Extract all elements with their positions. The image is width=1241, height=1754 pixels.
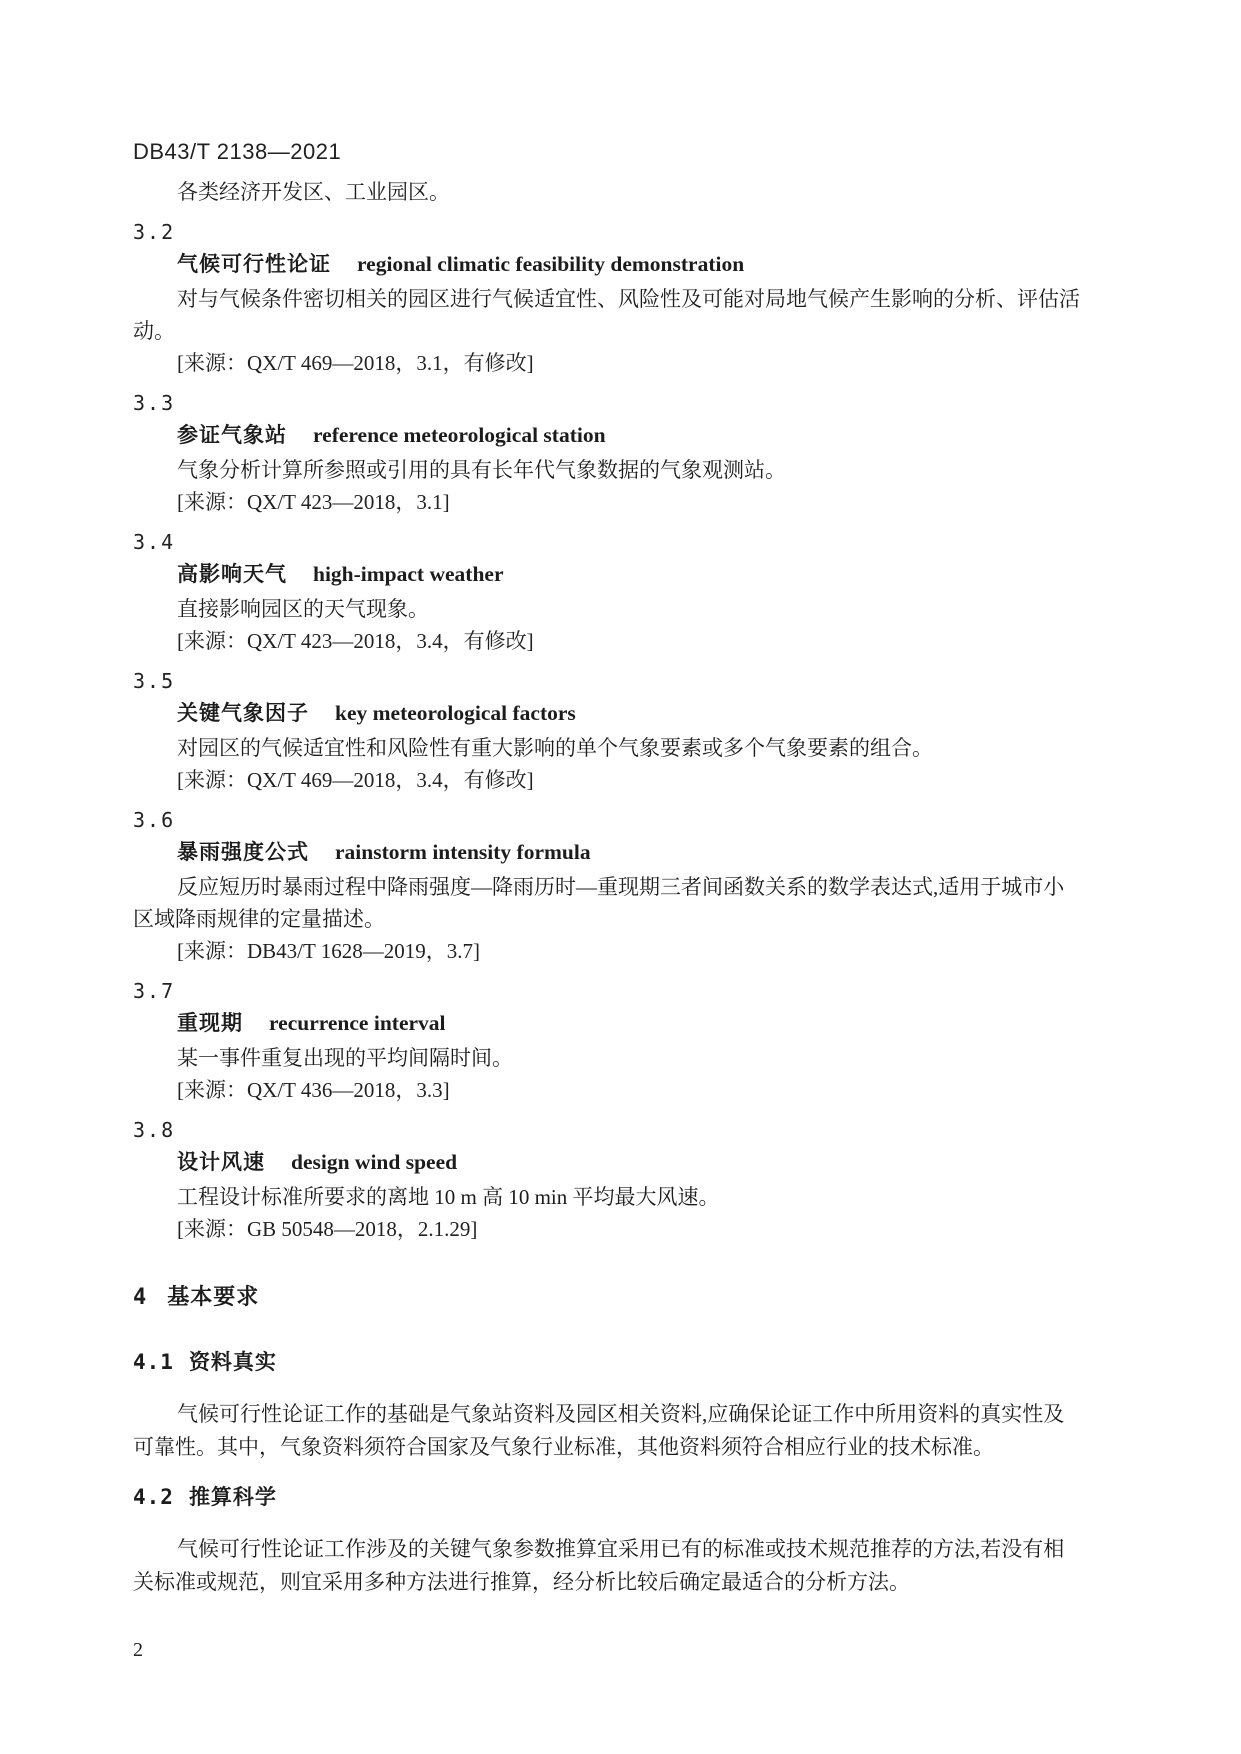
section-number: 3.8 xyxy=(133,1114,1123,1146)
term-chinese: 设计风速 xyxy=(177,1151,265,1174)
chapter-subsection: 4.2推算科学气候可行性论证工作涉及的关键气象参数推算宜采用已有的标准或技术规范… xyxy=(133,1481,1123,1599)
subsection-heading: 4.2推算科学 xyxy=(133,1481,1123,1514)
source-reference: [来源：DB43/T 1628—2019，3.7] xyxy=(133,935,1123,967)
term-line: 重现期recurrence interval xyxy=(133,1007,1123,1042)
term-chinese: 关键气象因子 xyxy=(177,702,309,725)
subsection-number: 4.1 xyxy=(133,1350,174,1374)
source-reference: [来源：QX/T 469—2018，3.1，有修改] xyxy=(133,347,1123,379)
term-line: 暴雨强度公式rainstorm intensity formula xyxy=(133,836,1123,871)
section-number: 3.3 xyxy=(133,387,1123,419)
term-line: 参证气象站reference meteorological station xyxy=(133,419,1123,454)
term-section: 3.5关键气象因子key meteorological factors对园区的气… xyxy=(133,665,1123,796)
term-section: 3.6暴雨强度公式rainstorm intensity formula反应短历… xyxy=(133,804,1123,967)
term-chinese: 高影响天气 xyxy=(177,563,287,586)
term-chinese: 暴雨强度公式 xyxy=(177,841,309,864)
section-number: 3.2 xyxy=(133,216,1123,248)
term-section: 3.2气候可行性论证regional climatic feasibility … xyxy=(133,216,1123,379)
definition-line: 动。 xyxy=(133,315,1123,347)
term-english: key meteorological factors xyxy=(335,701,576,725)
section-number: 3.5 xyxy=(133,665,1123,697)
term-line: 气候可行性论证regional climatic feasibility dem… xyxy=(133,248,1123,283)
paragraph-line: 气候可行性论证工作的基础是气象站资料及园区相关资料,应确保论证工作中所用资料的真… xyxy=(133,1398,1123,1431)
paragraph-line: 气候可行性论证工作涉及的关键气象参数推算宜采用已有的标准或技术规范推荐的方法,若… xyxy=(133,1533,1123,1566)
definition-line: 某一事件重复出现的平均间隔时间。 xyxy=(133,1042,1123,1074)
section-number: 3.6 xyxy=(133,804,1123,836)
terms-sections: 3.2气候可行性论证regional climatic feasibility … xyxy=(133,216,1123,1245)
definition-line: 对园区的气候适宜性和风险性有重大影响的单个气象要素或多个气象要素的组合。 xyxy=(133,732,1123,764)
chapter-number: 4 xyxy=(133,1285,146,1310)
definition-line: 区域降雨规律的定量描述。 xyxy=(133,903,1123,935)
section-number: 3.4 xyxy=(133,526,1123,558)
section-number: 3.7 xyxy=(133,975,1123,1007)
subsection-paragraph: 气候可行性论证工作涉及的关键气象参数推算宜采用已有的标准或技术规范推荐的方法,若… xyxy=(133,1533,1123,1599)
definition-line: 工程设计标准所要求的离地 10 m 高 10 min 平均最大风速。 xyxy=(133,1181,1123,1213)
term-english: reference meteorological station xyxy=(313,423,606,447)
term-english: regional climatic feasibility demonstrat… xyxy=(357,252,744,276)
term-english: rainstorm intensity formula xyxy=(335,840,591,864)
chapter-heading: 4基本要求 xyxy=(133,1280,1123,1314)
definition-line: 直接影响园区的天气现象。 xyxy=(133,593,1123,625)
source-reference: [来源：QX/T 423—2018，3.4，有修改] xyxy=(133,625,1123,657)
chapter-title: 基本要求 xyxy=(167,1284,259,1309)
term-line: 关键气象因子key meteorological factors xyxy=(133,697,1123,732)
term-line: 设计风速design wind speed xyxy=(133,1146,1123,1181)
paragraph-line: 可靠性。其中，气象资料须符合国家及气象行业标准，其他资料须符合相应行业的技术标准… xyxy=(133,1431,1123,1464)
term-english: design wind speed xyxy=(291,1150,457,1174)
term-line: 高影响天气high-impact weather xyxy=(133,558,1123,593)
term-section: 3.8设计风速design wind speed工程设计标准所要求的离地 10 … xyxy=(133,1114,1123,1245)
source-reference: [来源：QX/T 469—2018，3.4，有修改] xyxy=(133,764,1123,796)
term-section: 3.4高影响天气high-impact weather直接影响园区的天气现象。[… xyxy=(133,526,1123,657)
intro-paragraph-line: 各类经济开发区、工业园区。 xyxy=(133,176,1123,208)
subsection-number: 4.2 xyxy=(133,1485,174,1509)
definition-line: 气象分析计算所参照或引用的具有长年代气象数据的气象观测站。 xyxy=(133,454,1123,486)
subsection-paragraph: 气候可行性论证工作的基础是气象站资料及园区相关资料,应确保论证工作中所用资料的真… xyxy=(133,1398,1123,1464)
term-section: 3.7重现期recurrence interval某一事件重复出现的平均间隔时间… xyxy=(133,975,1123,1106)
term-english: recurrence interval xyxy=(269,1011,446,1035)
standard-document-page: DB43/T 2138—2021 各类经济开发区、工业园区。 3.2气候可行性论… xyxy=(0,0,1241,1754)
term-section: 3.3参证气象站reference meteorological station… xyxy=(133,387,1123,518)
subsection-heading: 4.1资料真实 xyxy=(133,1346,1123,1379)
paragraph-line: 关标准或规范，则宜采用多种方法进行推算，经分析比较后确定最适合的分析方法。 xyxy=(133,1566,1123,1599)
term-chinese: 参证气象站 xyxy=(177,424,287,447)
subsection-title: 推算科学 xyxy=(189,1486,277,1509)
term-chinese: 重现期 xyxy=(177,1012,243,1035)
document-code: DB43/T 2138—2021 xyxy=(133,136,1123,168)
page-number: 2 xyxy=(133,1634,1123,1666)
term-english: high-impact weather xyxy=(313,562,504,586)
source-reference: [来源：QX/T 436—2018，3.3] xyxy=(133,1074,1123,1106)
source-reference: [来源：GB 50548—2018，2.1.29] xyxy=(133,1213,1123,1245)
term-chinese: 气候可行性论证 xyxy=(177,253,331,276)
source-reference: [来源：QX/T 423—2018，3.1] xyxy=(133,486,1123,518)
subsection-title: 资料真实 xyxy=(189,1351,277,1374)
definition-line: 反应短历时暴雨过程中降雨强度—降雨历时—重现期三者间函数关系的数学表达式,适用于… xyxy=(133,871,1123,903)
chapter-subsections: 4.1资料真实气候可行性论证工作的基础是气象站资料及园区相关资料,应确保论证工作… xyxy=(133,1346,1123,1599)
definition-line: 对与气候条件密切相关的园区进行气候适宜性、风险性及可能对局地气候产生影响的分析、… xyxy=(133,283,1123,315)
chapter-subsection: 4.1资料真实气候可行性论证工作的基础是气象站资料及园区相关资料,应确保论证工作… xyxy=(133,1346,1123,1464)
